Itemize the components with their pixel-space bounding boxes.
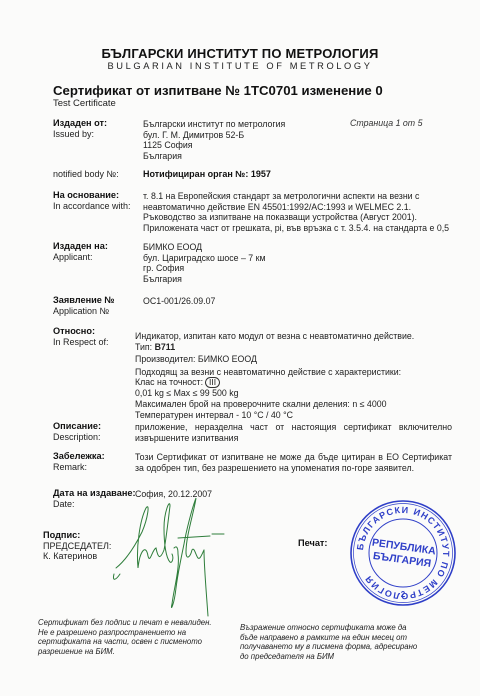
accordance-value: т. 8.1 на Европейския стандарт за метрол… xyxy=(143,191,449,233)
accordance-line: Ръководство за изпитване на показващи ус… xyxy=(143,212,449,223)
remark-label: Забележка: Remark: xyxy=(53,451,105,472)
applicant-value: БИМКО ЕООД бул. Цариградско шосе – 7 км … xyxy=(143,242,266,284)
certificate-subtitle: Test Certificate xyxy=(53,98,116,109)
footer-right-line: бъде направено в рамките на един месец о… xyxy=(240,633,417,643)
type-value: B711 xyxy=(155,342,176,352)
description-label-en: Description: xyxy=(53,432,101,442)
remark-label-en: Remark: xyxy=(53,462,87,472)
applicant-line: бул. Цариградско шосе – 7 км xyxy=(143,253,266,264)
applicant-label-en: Applicant: xyxy=(53,252,93,262)
respect-label-bg: Относно: xyxy=(53,326,95,336)
footer-note-right: Възражение относно сертификата може да б… xyxy=(240,623,417,661)
accordance-label-bg: На основание: xyxy=(53,190,119,200)
footer-left-line: разрешение на БИМ. xyxy=(38,647,212,657)
stamp-number: 2 xyxy=(401,590,406,599)
signature-role: ПРЕДСЕДАТЕЛ: xyxy=(43,541,111,551)
footer-right-line: до председателя на БИМ xyxy=(240,652,417,662)
applicant-label-bg: Издаден на: xyxy=(53,241,108,251)
page-number: Страница 1 от 5 xyxy=(350,118,422,128)
type-label: Тип: xyxy=(135,342,155,352)
description-label-bg: Описание: xyxy=(53,421,101,431)
issued-by-label-bg: Издаден от: xyxy=(53,118,107,128)
date-label-en: Date: xyxy=(53,499,75,509)
accordance-line: неавтоматично действие EN 45501:1992/AC:… xyxy=(143,202,449,213)
application-number: ОС1-001/26.09.07 xyxy=(143,296,215,307)
accordance-label: На основание: In accordance with: xyxy=(53,190,131,211)
signature-label: Подпис: ПРЕДСЕДАТЕЛ: К. Катеринов xyxy=(43,530,111,562)
respect-description: Индикатор, изпитан като модул от везна с… xyxy=(135,331,414,342)
applicant-line: България xyxy=(143,274,266,285)
application-label-en: Application № xyxy=(53,306,109,316)
signature-label-bg: Подпис: xyxy=(43,530,80,540)
accordance-line: Приложената част от грешката, pi, във вр… xyxy=(143,223,449,234)
issued-by-label: Издаден от: Issued by: xyxy=(53,118,107,139)
application-label-bg: Заявление № xyxy=(53,295,115,305)
notified-body-value: Нотифициран орган №: 1957 xyxy=(143,169,271,179)
stamp-label-text: Печат: xyxy=(298,538,328,548)
footer-left-line: Не е разрешено разпространението на xyxy=(38,628,212,638)
remark-label-bg: Забележка: xyxy=(53,451,105,461)
footer-left-line: сертификата на части, освен с писменото xyxy=(38,637,212,647)
issued-by-line: бул. Г. М. Димитров 52-Б xyxy=(143,130,285,141)
institute-name-bg: БЪЛГАРСКИ ИНСТИТУТ ПО МЕТРОЛОГИЯ xyxy=(0,46,480,61)
respect-max-divisions: Максимален брой на проверочните скални д… xyxy=(135,399,414,410)
issued-by-label-en: Issued by: xyxy=(53,129,94,139)
accuracy-label: Клас на точност: xyxy=(135,377,203,387)
footer-right-line: Възражение относно сертификата може да xyxy=(240,623,417,633)
remark-value: Този Сертификат от изпитване не може да … xyxy=(135,452,452,473)
certificate-title: Сертификат от изпитване № 1TC0701 измене… xyxy=(53,83,383,98)
signature-name: К. Катеринов xyxy=(43,551,97,561)
notified-body-label: notified body №: xyxy=(53,169,119,180)
respect-max-range: 0,01 kg ≤ Max ≤ 99 500 kg xyxy=(135,388,414,399)
applicant-line: БИМКО ЕООД xyxy=(143,242,266,253)
accordance-line: т. 8.1 на Европейския стандарт за метрол… xyxy=(143,191,449,202)
respect-accuracy: Клас на точност:III xyxy=(135,377,414,388)
issued-by-value: Български институт по метрология бул. Г.… xyxy=(143,119,285,161)
issued-by-line: Български институт по метрология xyxy=(143,119,285,130)
footer-right-line: получаването му в писмена форма, адресир… xyxy=(240,642,417,652)
respect-temperature: Температурен интервал - 10 °C / 40 °C xyxy=(135,410,414,421)
issued-by-line: България xyxy=(143,151,285,162)
respect-label: Относно: In Respect of: xyxy=(53,326,109,347)
stamp-label: Печат: xyxy=(298,538,328,549)
accuracy-class-badge: III xyxy=(205,377,220,388)
application-label: Заявление № Application № xyxy=(53,295,115,316)
footer-note-left: Сертификат без подпис и печат е невалиде… xyxy=(38,618,212,656)
respect-type: Тип: B711 xyxy=(135,342,414,353)
description-label: Описание: Description: xyxy=(53,421,101,442)
respect-suitable: Подходящ за везни с неавтоматично действ… xyxy=(135,367,414,378)
respect-manufacturer: Производител: БИМКО ЕООД xyxy=(135,354,414,365)
description-value: приложение, неразделна част от настоящия… xyxy=(135,422,452,443)
respect-label-en: In Respect of: xyxy=(53,337,109,347)
accordance-label-en: In accordance with: xyxy=(53,201,131,211)
handwritten-signature xyxy=(112,488,232,620)
applicant-label: Издаден на: Applicant: xyxy=(53,241,108,262)
official-stamp: БЪЛГАРСКИ ИНСТИТУТ ПО МЕТРОЛОГИЯ РЕПУБЛИ… xyxy=(348,498,458,608)
respect-value: Индикатор, изпитан като модул от везна с… xyxy=(135,331,414,420)
footer-left-line: Сертификат без подпис и печат е невалиде… xyxy=(38,618,212,628)
institute-name-en: BULGARIAN INSTITUTE OF METROLOGY xyxy=(0,61,480,71)
applicant-line: гр. София xyxy=(143,263,266,274)
issued-by-line: 1125 София xyxy=(143,140,285,151)
